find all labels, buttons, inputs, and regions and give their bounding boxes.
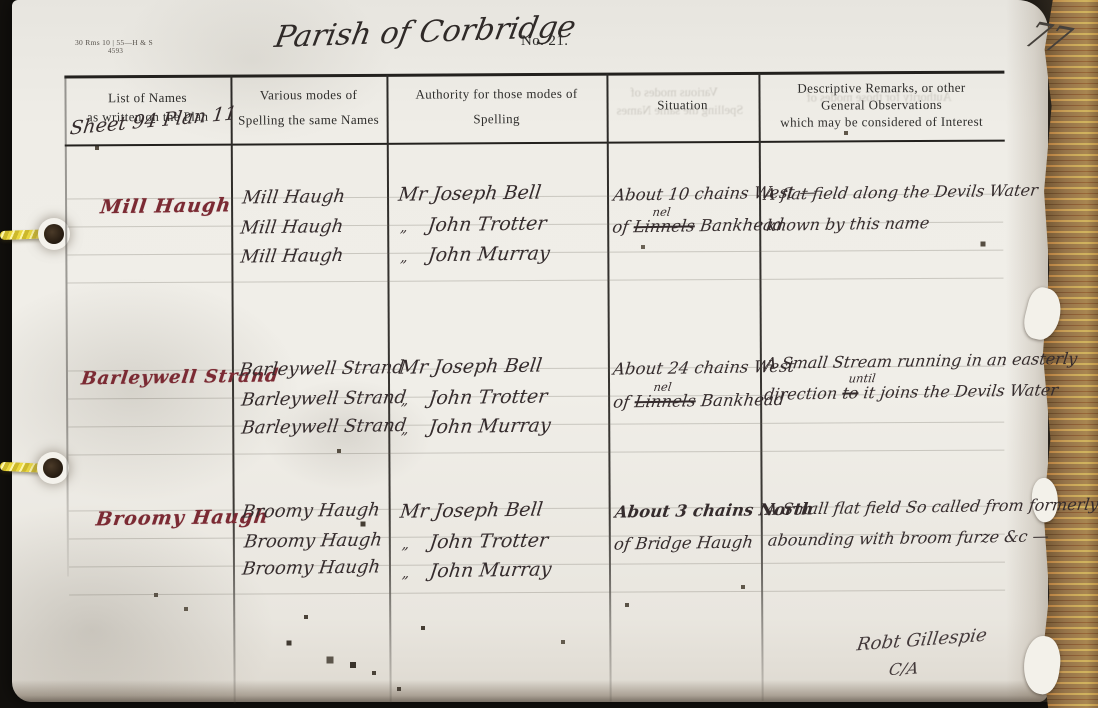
remarks-text: it joins the Devils Water <box>857 380 1059 402</box>
show-through-text: Authority for those modes of <box>806 90 951 106</box>
authority-line: „John Murray <box>400 414 552 438</box>
authority-line: Mr Joseph Bell <box>399 498 544 522</box>
correction-word: nel <box>653 380 673 394</box>
ditto-mark: „ <box>400 393 409 409</box>
header-names-line1: List of Names <box>108 90 187 106</box>
struck-word: to <box>841 383 859 402</box>
ditto-mark: „ <box>399 220 408 236</box>
remarks-line: abounding with broom furze &c — <box>767 526 1050 549</box>
authority-name: John Trotter <box>428 529 549 553</box>
authority-name: John Trotter <box>427 212 548 236</box>
table-top-border <box>64 71 1004 78</box>
ditto-mark: „ <box>401 537 410 553</box>
authority-line: „John Trotter <box>401 529 550 553</box>
remarks-line: A Small flat field So called from former… <box>765 495 1098 519</box>
spelling-line: Barleywell Strand <box>238 357 405 381</box>
struck-word: Linnels <box>633 391 696 411</box>
column-divider-1 <box>230 76 235 704</box>
remarks-line: known by this name <box>765 213 930 235</box>
ditto-mark: „ <box>400 250 409 266</box>
situation-line: of Bridge Haugh <box>613 532 754 553</box>
authority-line: „John Murray <box>399 242 551 266</box>
show-through-text: Spelling the same Names <box>617 103 744 119</box>
surveyor-rank: C/A <box>888 659 920 680</box>
header-remarks-line3: which may be considered of Interest <box>780 114 983 131</box>
show-through-text: Various modes of <box>630 85 718 100</box>
spelling-line: Barleywell Strand <box>240 415 407 439</box>
spelling-line: Barleywell Strand <box>240 387 407 411</box>
authority-line: Mr Joseph Bell <box>398 354 543 378</box>
spelling-line: Broomy Haugh <box>243 529 383 552</box>
authority-name: John Trotter <box>427 385 548 409</box>
spelling-line: Mill Haugh <box>241 186 346 209</box>
spelling-line: Broomy Haugh <box>241 556 381 579</box>
correction-word: nel <box>652 205 672 219</box>
spelling-line: Mill Haugh <box>239 216 344 239</box>
struck-word: Linnels <box>633 216 696 236</box>
authority-name: John Murray <box>428 414 552 438</box>
header-authority-line1: Authority for those modes of <box>415 86 577 103</box>
correction-word: until <box>848 371 877 385</box>
situation-text: of <box>612 392 636 411</box>
authority-line: „John Trotter <box>399 212 548 236</box>
ditto-mark: „ <box>400 422 409 438</box>
spelling-line: Broomy Haugh <box>241 499 381 522</box>
authority-line: Mr Joseph Bell <box>397 181 542 205</box>
guide-line <box>69 590 1005 596</box>
authority-name: John Murray <box>428 558 552 582</box>
authority-name: John Murray <box>427 242 551 266</box>
remarks-text: direction <box>763 384 843 404</box>
surveyor-signature: Robt Gillespie <box>855 625 988 656</box>
scanned-register-page: 30 Rms 10 | 55—H & S 4593 Parish of Corb… <box>0 0 1098 708</box>
header-underline <box>65 140 1005 146</box>
ink-specks <box>0 0 2 2</box>
situation-line: of Linnelsnel Bankhead <box>612 390 786 412</box>
spelling-line: Mill Haugh <box>239 245 344 268</box>
record-table: List of Names as written on the Plan Var… <box>0 0 1098 708</box>
header-spelling-modes-line2: Spelling the same Names <box>238 112 379 129</box>
remarks-line: direction tountil it joins the Devils Wa… <box>763 380 1059 404</box>
ditto-mark: „ <box>401 566 410 582</box>
column-divider-3 <box>606 74 611 702</box>
guide-line <box>68 450 1004 456</box>
table-left-border <box>64 76 68 576</box>
header-authority-line2: Spelling <box>473 111 520 127</box>
column-divider-4 <box>758 73 763 701</box>
authority-line: „John Trotter <box>400 385 549 409</box>
header-spelling-modes-line1: Various modes of <box>260 87 357 104</box>
plan-reference: Sheet 94 Plan 11 <box>69 102 238 139</box>
guide-line <box>67 278 1003 284</box>
remarks-line: A Small Stream running in an easterly <box>764 349 1078 373</box>
situation-line: of Linnelsnel Bankhead <box>611 215 785 237</box>
situation-text: of <box>611 217 635 236</box>
remarks-line: A flat field along the Devils Water <box>763 181 1039 204</box>
plan-name: Mill Haugh <box>99 194 232 218</box>
authority-line: „John Murray <box>401 558 553 582</box>
